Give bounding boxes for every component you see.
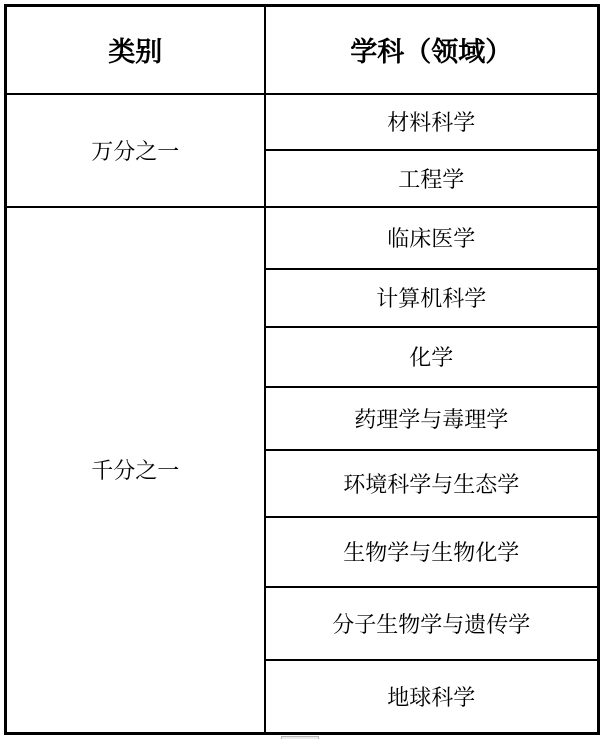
subject-cell-pharmacology-toxicology: 药理学与毒理学 — [265, 387, 599, 450]
discipline-ranking-table: 类别 学科（领域） 万分之一 材料科学 工程学 千分之一 临床医学 计算机科学 … — [4, 4, 600, 735]
header-category: 类别 — [6, 6, 265, 94]
header-subject-field: 学科（领域） — [265, 6, 599, 94]
subject-cell-biology-biochemistry: 生物学与生物化学 — [265, 517, 599, 587]
subject-cell-molecular-biology-genetics: 分子生物学与遗传学 — [265, 587, 599, 660]
table-row: 千分之一 临床医学 — [6, 207, 599, 269]
header-row: 类别 学科（领域） — [6, 6, 599, 94]
table-row: 万分之一 材料科学 — [6, 94, 599, 150]
category-cell-one-in-ten-thousand: 万分之一 — [6, 94, 265, 207]
subject-cell-chemistry: 化学 — [265, 327, 599, 387]
subject-cell-materials-science: 材料科学 — [265, 94, 599, 150]
subject-cell-clinical-medicine: 临床医学 — [265, 207, 599, 269]
subject-cell-computer-science: 计算机科学 — [265, 269, 599, 327]
category-cell-one-in-a-thousand: 千分之一 — [6, 207, 265, 734]
subject-cell-environment-ecology: 环境科学与生态学 — [265, 450, 599, 517]
subject-cell-geosciences: 地球科学 — [265, 660, 599, 734]
subject-cell-engineering: 工程学 — [265, 150, 599, 207]
document-page: 类别 学科（领域） 万分之一 材料科学 工程学 千分之一 临床医学 计算机科学 … — [0, 0, 601, 739]
